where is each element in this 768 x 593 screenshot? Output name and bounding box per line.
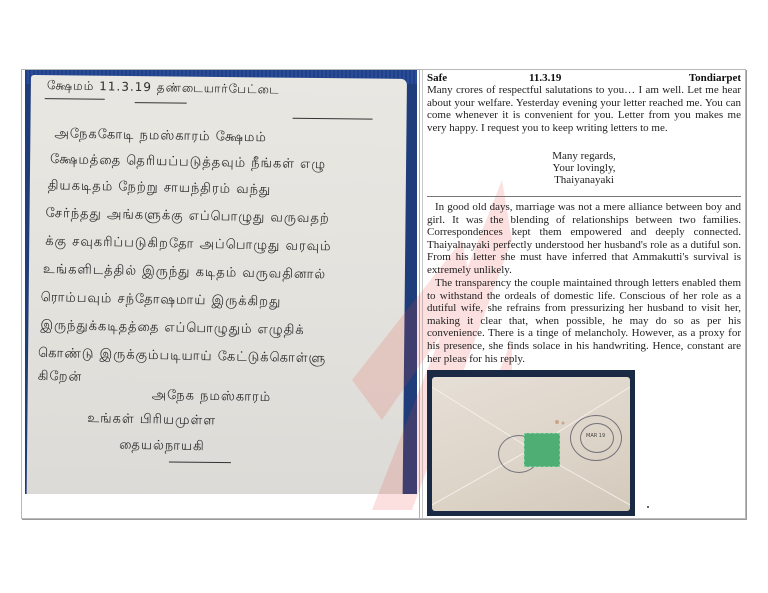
document-page: க்ஷேமம் 11.3.19 தண்டையார்பேட்டை அநேககோடி… — [21, 69, 746, 519]
postage-stamp — [524, 433, 560, 467]
underline — [135, 102, 187, 104]
signoff-lovingly: Your lovingly, — [425, 162, 743, 175]
underline — [169, 461, 231, 463]
commentary-paragraph-1: In good old days, marriage was not a mer… — [427, 201, 741, 277]
handwritten-line: ரொம்பவும் சந்தோஷமாய் இருக்கிறது — [41, 290, 282, 311]
postmark-date: MAR 19 — [586, 433, 605, 439]
handwritten-line: அநேககோடி நமஸ்காரம் க்ஷேமம் — [54, 126, 267, 146]
underline — [293, 118, 373, 120]
handwritten-line: இருந்துக்கடிதத்தை எப்பொழுதும் எழுதிக் — [40, 318, 305, 339]
handwritten-line: க்ஷேமம் 11.3.19 தண்டையார்பேட்டை — [47, 78, 280, 98]
underline — [45, 98, 105, 100]
handwritten-line: கிறேன் — [38, 369, 83, 386]
translation-text: Many crores of respectful salutations to… — [427, 84, 741, 134]
signoff-name: Thaiyanayaki — [425, 174, 743, 187]
column-divider — [419, 70, 420, 518]
envelope-back: MAR 19 — [432, 377, 630, 511]
header-date: 11.3.19 — [529, 72, 561, 84]
handwritten-line: தியகடிதம் நேற்று சாயந்திரம் வந்து — [48, 178, 272, 198]
translation-column: Safe 11.3.19 Tondiarpet Many crores of r… — [425, 70, 743, 518]
handwritten-line: க்ஷேமத்தை தெரியப்படுத்தவும் நீங்கள் எழு — [50, 152, 326, 173]
envelope-photo: MAR 19 — [427, 370, 635, 516]
section-divider — [427, 196, 741, 197]
header-place: Tondiarpet — [689, 72, 741, 84]
handwritten-letter-photo: க்ஷேமம் 11.3.19 தண்டையார்பேட்டை அநேககோடி… — [25, 70, 417, 494]
handwritten-line: சேர்ந்தது அங்களுக்கு எப்பொழுது வருவதற் — [45, 206, 329, 227]
commentary-paragraph-2: The transparency the couple maintained t… — [427, 277, 741, 365]
header-safe: Safe — [427, 72, 447, 84]
handwritten-line: க்கு சவுகரிப்படுகிறதோ அப்பொழுது வரவும் — [45, 234, 332, 255]
signoff-regards: Many regards, — [425, 150, 743, 163]
letter-paper: க்ஷேமம் 11.3.19 தண்டையார்பேட்டை அநேககோடி… — [26, 75, 406, 494]
handwritten-line: உங்கள் பிரியமுள்ள — [87, 411, 216, 429]
handwritten-line: உங்களிடத்தில் இருந்து கடிதம் வருவதினால் — [43, 262, 326, 283]
handwritten-line: கொண்டு இருக்கும்படியாய் கேட்டுக்கொள்ளு — [38, 346, 326, 368]
column-divider — [422, 70, 423, 518]
handwritten-line: அநேக நமஸ்காரம் — [151, 388, 271, 406]
handwritten-line: தையல்நாயகி — [119, 438, 205, 456]
stray-dot — [647, 506, 649, 508]
